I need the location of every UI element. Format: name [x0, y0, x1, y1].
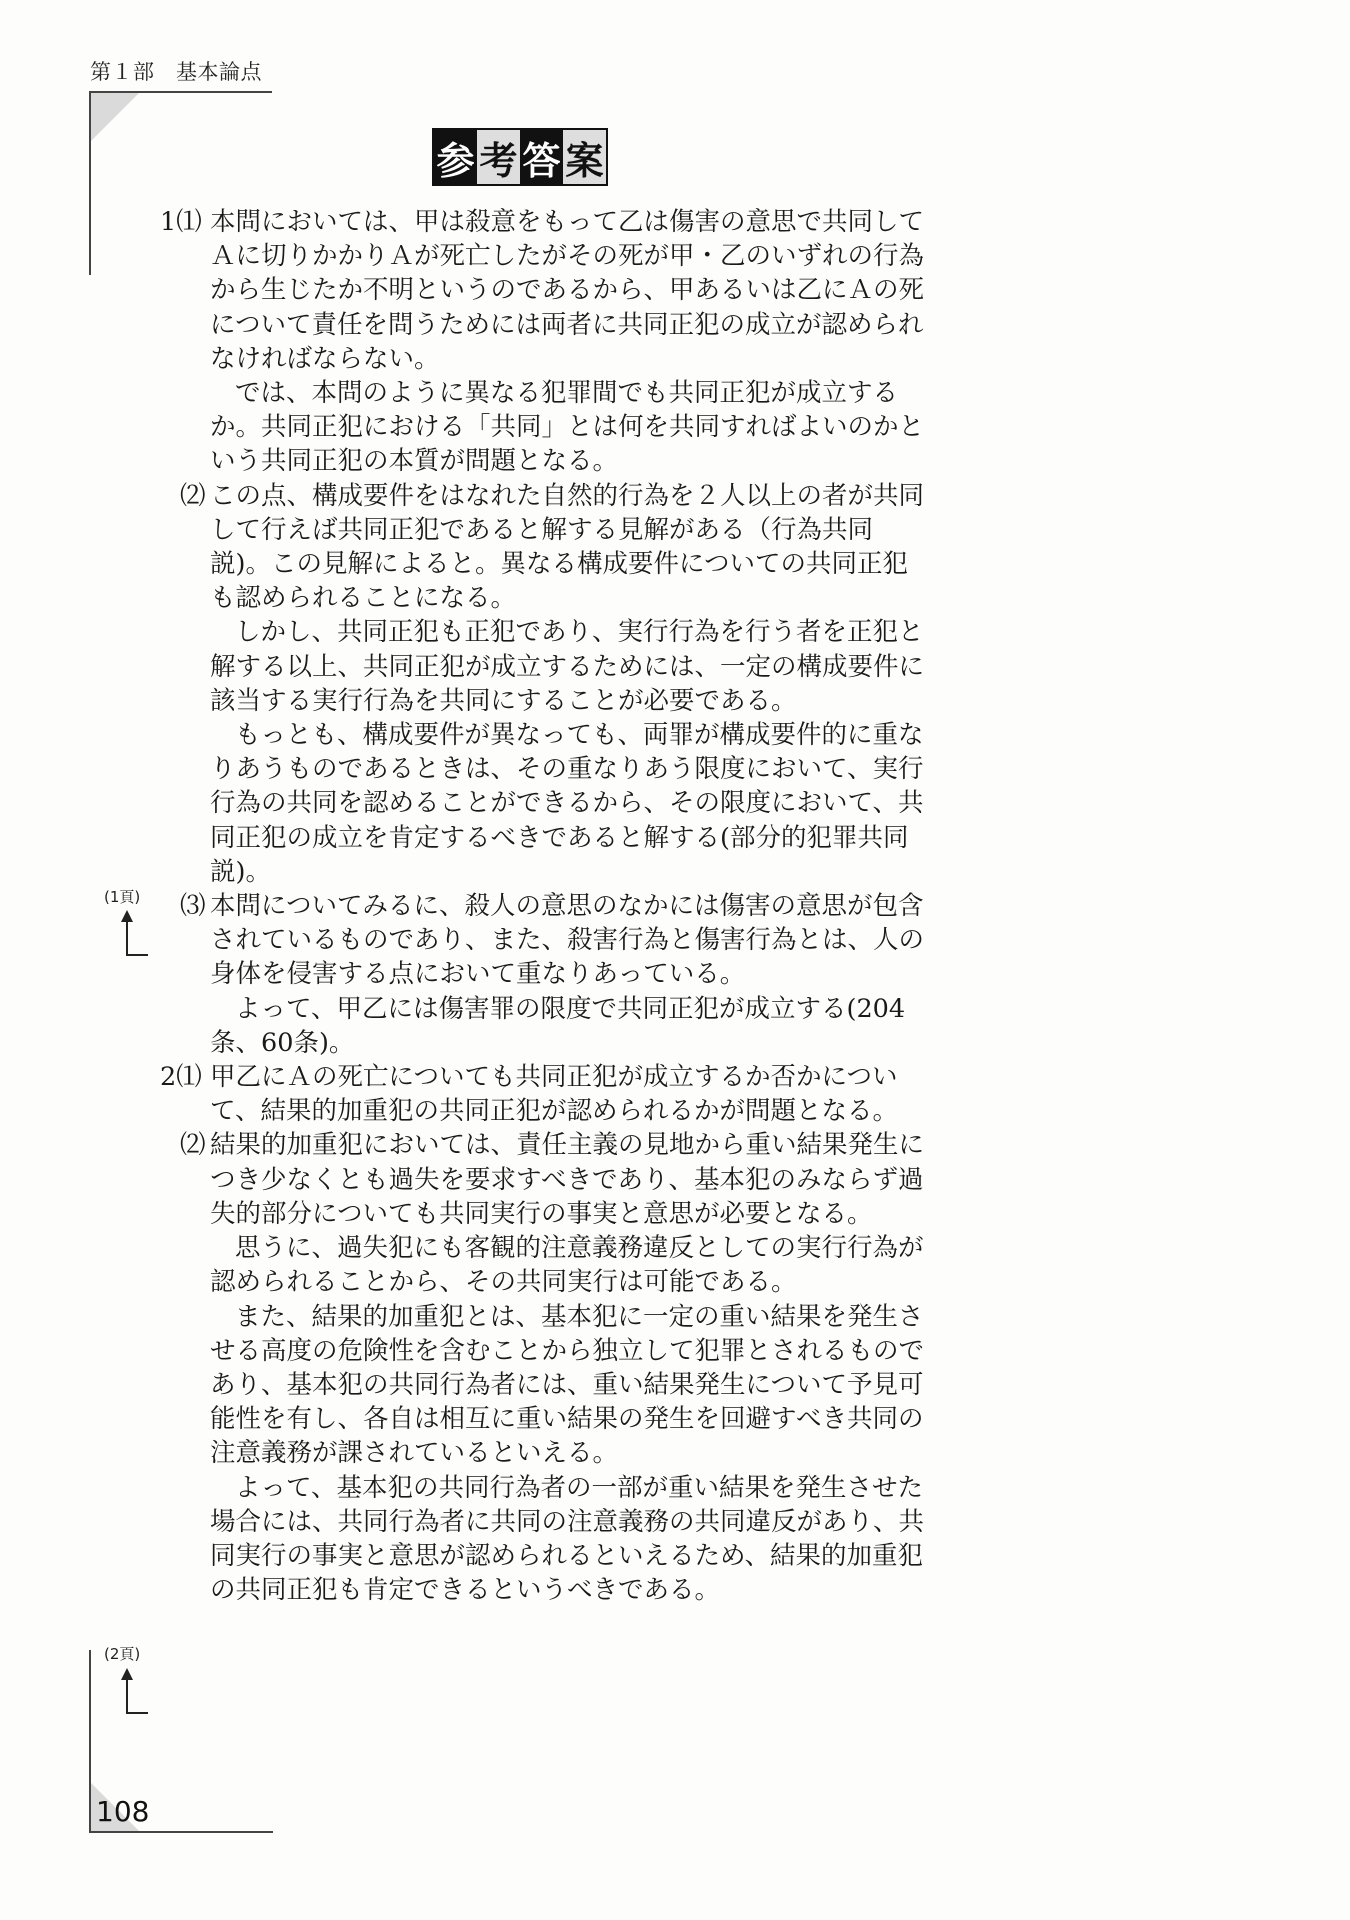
- paragraph-text: 本問においては、甲は殺意をもって乙は傷害の意思で共同してＡに切りかかりＡが死亡し…: [210, 205, 930, 376]
- paragraph: ⑵この点、構成要件をはなれた自然的行為を２人以上の者が共同して行えば共同正犯であ…: [160, 479, 930, 616]
- item-number: 1⑴: [160, 205, 202, 239]
- paragraph: 2⑴甲乙にＡの死亡についても共同正犯が成立するか否かについて、結果的加重犯の共同…: [160, 1060, 930, 1128]
- paragraph: しかし、共同正犯も正犯であり、実行行為を行う者を正犯と解する以上、共同正犯が成立…: [160, 615, 930, 718]
- paragraph: よって、甲乙には傷害罪の限度で共同正犯が成立する(204条、60条)。: [160, 992, 930, 1060]
- paragraph: ⑶本問についてみるに、殺人の意思のなかには傷害の意思が包含されているものであり、…: [160, 889, 930, 992]
- paragraph-text: 甲乙にＡの死亡についても共同正犯が成立するか否かについて、結果的加重犯の共同正犯…: [210, 1060, 930, 1128]
- paragraph-text: 結果的加重犯においては、責任主義の見地から重い結果発生につき少なくとも過失を要求…: [210, 1128, 930, 1231]
- item-number: ⑶: [180, 889, 206, 923]
- answer-body: 1⑴本問においては、甲は殺意をもって乙は傷害の意思で共同してＡに切りかかりＡが死…: [160, 205, 930, 1607]
- margin-note-page-1: (1頁): [104, 886, 140, 907]
- paragraph: では、本問のように異なる犯罪間でも共同正犯が成立するか。共同正犯における「共同」…: [160, 376, 930, 479]
- title-char: 考: [477, 130, 520, 184]
- paragraph: また、結果的加重犯とは、基本犯に一定の重い結果を発生させる高度の危険性を含むこと…: [160, 1300, 930, 1471]
- title-char: 参: [434, 130, 477, 184]
- paragraph-text: 本問についてみるに、殺人の意思のなかには傷害の意思が包含されているものであり、ま…: [210, 889, 930, 992]
- title-char: 答: [520, 130, 563, 184]
- item-number: 2⑴: [160, 1060, 202, 1094]
- paragraph-text: この点、構成要件をはなれた自然的行為を２人以上の者が共同して行えば共同正犯である…: [210, 479, 930, 616]
- arrow-up-icon: [126, 912, 128, 956]
- paragraph: 1⑴本問においては、甲は殺意をもって乙は傷害の意思で共同してＡに切りかかりＡが死…: [160, 205, 930, 376]
- paragraph: 思うに、過失犯にも客観的注意義務違反としての実行行為が認められることから、その共…: [160, 1231, 930, 1299]
- footer-rule: [90, 1831, 273, 1833]
- paragraph: よって、基本犯の共同行為者の一部が重い結果を発生させた場合には、共同行為者に共同…: [160, 1471, 930, 1608]
- top-corner-decoration: [91, 93, 139, 141]
- page-number: 108: [96, 1795, 149, 1828]
- arrow-up-icon: [126, 1670, 128, 1714]
- paragraph: ⑵結果的加重犯においては、責任主義の見地から重い結果発生につき少なくとも過失を要…: [160, 1128, 930, 1231]
- arrow-foot: [126, 1712, 148, 1714]
- item-number: ⑵: [180, 1128, 206, 1162]
- item-number: ⑵: [180, 479, 206, 513]
- margin-note-page-2: (2頁): [104, 1643, 140, 1664]
- arrow-foot: [126, 954, 148, 956]
- title-char: 案: [563, 130, 606, 184]
- section-title: 参 考 答 案: [432, 128, 608, 186]
- paragraph: もっとも、構成要件が異なっても、両罪が構成要件的に重なりあうものであるときは、そ…: [160, 718, 930, 889]
- running-head: 第１部 基本論点: [90, 56, 262, 86]
